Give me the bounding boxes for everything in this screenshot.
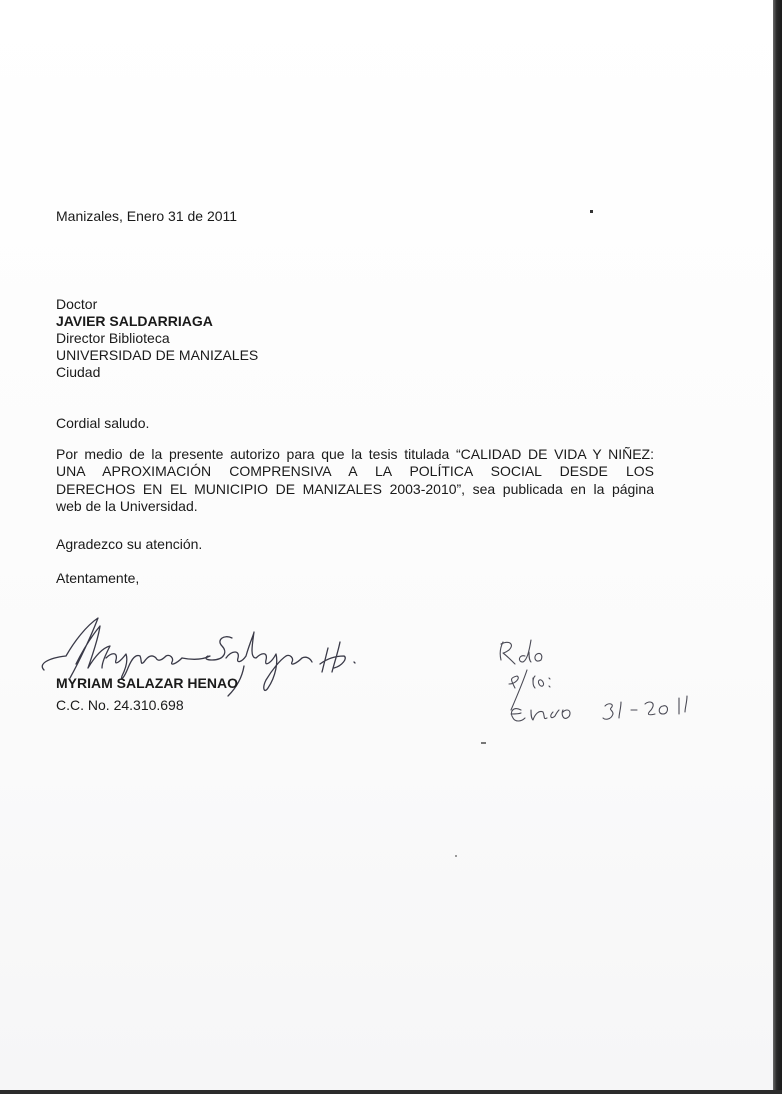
recipient-name: JAVIER SALDARRIAGA [56, 313, 213, 330]
scan-border-right [773, 0, 782, 1094]
body-line: Por medio de la presente autorizo para q… [56, 446, 654, 463]
recipient-city: Ciudad [56, 364, 100, 381]
closing-line: Atentamente, [56, 570, 139, 587]
thanks-line: Agradezco su atención. [56, 536, 202, 553]
recipient-position: Director Biblioteca [56, 330, 170, 347]
signer-name: MYRIAM SALAZAR HENAO [56, 675, 238, 692]
body-line: DERECHOS EN EL MUNICIPIO DE MANIZALES 20… [56, 481, 654, 498]
scan-border-bottom [0, 1090, 782, 1094]
body-paragraph: Por medio de la presente autorizo para q… [56, 446, 654, 515]
greeting: Cordial saludo. [56, 415, 149, 432]
body-line: web de la Universidad. [56, 498, 654, 515]
recipient-title: Doctor [56, 296, 97, 313]
signer-id: C.C. No. 24.310.698 [56, 697, 184, 714]
scan-speck [590, 210, 593, 213]
scan-speck [455, 855, 457, 857]
scan-speck [481, 742, 486, 744]
recipient-institution: UNIVERSIDAD DE MANIZALES [56, 347, 258, 364]
place-date: Manizales, Enero 31 de 2011 [56, 208, 237, 225]
body-line: UNA APROXIMACIÓN COMPRENSIVA A LA POLÍTI… [56, 463, 654, 480]
received-note-ink [495, 638, 725, 738]
